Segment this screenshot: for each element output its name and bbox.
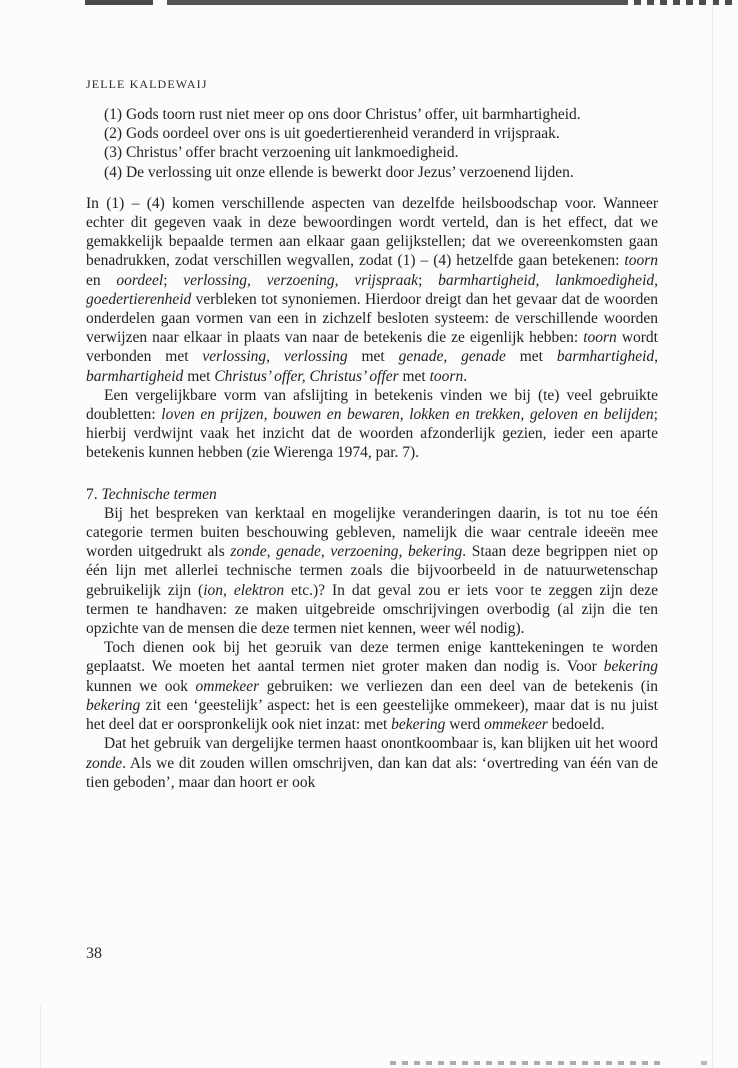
list-item-3: (3) Christus’ offer bracht verzoening ui… [86, 143, 658, 162]
paragraph-technische-termen: Bij het bespreken van kerktaal en mogeli… [86, 504, 658, 638]
scanned-book-page: { "colors": { "paper": "#fcfcfb", "ink":… [0, 0, 738, 1068]
section-heading-7: 7. Technische termen [86, 485, 658, 504]
page-body-text: (1) Gods toorn rust niet meer op ons doo… [86, 105, 658, 792]
list-item-2: (2) Gods oordeel over ons is uit goedert… [86, 124, 658, 143]
paragraph-bekering-ommekeer: Toch dienen ook bij het geɔruik van deze… [86, 638, 658, 734]
scan-artifact-top-bar-left [85, 0, 153, 5]
list-item-1: (1) Gods toorn rust niet meer op ons doo… [86, 105, 658, 124]
page-number: 38 [86, 945, 102, 963]
list-item-4: (4) De verlossing uit onze ellende is be… [86, 163, 658, 182]
paragraph-synonyms: In (1) – (4) komen verschillende aspecte… [86, 194, 658, 386]
paragraph-zonde: Dat het gebruik van dergelijke termen ha… [86, 734, 658, 792]
scan-artifact-top-bar-main [167, 0, 628, 5]
scan-artifact-bottom-dot [701, 1061, 707, 1065]
scan-artifact-right-line [712, 0, 713, 1068]
scan-artifact-left-line [40, 1005, 41, 1068]
scan-artifact-top-dashes [634, 0, 732, 5]
scan-artifact-bottom-dashes [390, 1061, 662, 1065]
paragraph-doublets: Een vergelijkbare vorm van afslijting in… [86, 386, 658, 463]
author-header: JELLE KALDEWAIJ [86, 77, 207, 92]
